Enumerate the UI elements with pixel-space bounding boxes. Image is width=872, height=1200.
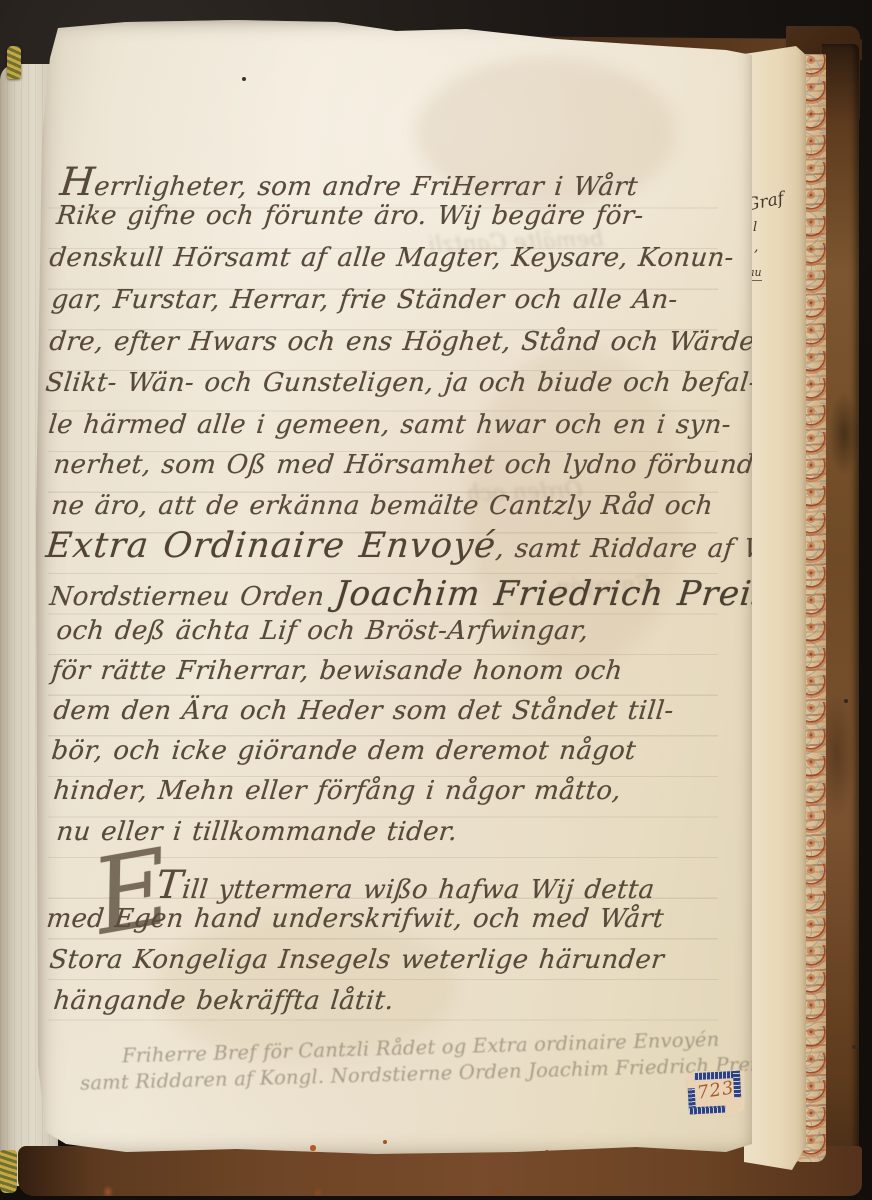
manuscript-line: Nordstierneu Orden Joachim Friedrich Pre…	[48, 574, 784, 614]
line-lead: Nordstierneu Orden	[48, 582, 336, 612]
page-number-label: 723	[685, 1068, 747, 1118]
envoye-phrase: Extra Ordinaire Envoyé	[44, 526, 498, 566]
manuscript-line: med Egen hand underskrifwit, och med Wår…	[45, 904, 665, 934]
manuscript-line: för rätte Friherrar, bewisande honom och	[50, 656, 624, 686]
underlying-page-edge: Graf l , au	[744, 46, 806, 1170]
manuscript-line: Rike gifne och förunte äro. Wij begäre f…	[55, 201, 645, 231]
manuscript-line: ne äro, att de erkänna bemälte Cantzly R…	[50, 491, 714, 521]
photo-background: Graf l , au bemälte Cantzli Orden och En…	[0, 0, 872, 1200]
manuscript-line: gar, Furstar, Herrar, frie Ständer och a…	[50, 285, 679, 315]
page-number: 723	[694, 1077, 737, 1104]
manuscript-line: och deß ächta Lif och Bröst-Arfwingar,	[55, 616, 590, 646]
manuscript-line: le härmed alle i gemeen, samt hwar och e…	[47, 410, 732, 440]
manuscript-line: dre, efter Hwars och ens Höghet, Stånd o…	[48, 327, 765, 357]
preis-name: Joachim Friedrich Preis,	[333, 574, 784, 614]
manuscript-line: Extra Ordinaire Envoyé, samt Riddare af …	[44, 526, 800, 566]
edge-ink-fragment: l	[753, 220, 757, 235]
dust-specks	[0, 0, 2, 2]
manuscript-line: Stora Kongeliga Insegels weterlige härun…	[48, 945, 666, 975]
manuscript-line: dem den Ära och Heder som det Ståndet ti…	[52, 696, 675, 726]
manuscript-page: bemälte Cantzli Orden och Envoyén E Herr…	[36, 18, 752, 1156]
manuscript-line: hinder, Mehn eller förfång i någor måtto…	[52, 776, 623, 806]
manuscript-line: Till yttermera wißo hafwa Wij detta	[154, 863, 657, 908]
manuscript-line: denskull Hörsamt af alle Magter, Keysare…	[48, 243, 735, 273]
manuscript-line: hängande bekräffta låtit.	[52, 986, 395, 1016]
tailband-bottom	[0, 1150, 17, 1193]
headband-top	[7, 46, 21, 79]
manuscript-line: Herrligheter, som andre FriHerrar i Wårt	[58, 160, 641, 205]
manuscript-line: nu eller i tillkommande tider.	[55, 817, 459, 847]
manuscript-line: nerhet, som Oß med Hörsamhet och lydno f…	[52, 450, 765, 480]
leather-cover-bottom-edge	[18, 1146, 862, 1196]
edge-ink-fragment: ,	[754, 239, 758, 255]
label-border-bottom	[689, 1106, 726, 1115]
leather-cover-right-edge	[822, 44, 859, 1190]
manuscript-line: bör, och icke giörande dem deremot något	[50, 736, 637, 766]
manuscript-line: Slikt- Wän- och Gunsteligen, ja och biud…	[44, 368, 759, 398]
